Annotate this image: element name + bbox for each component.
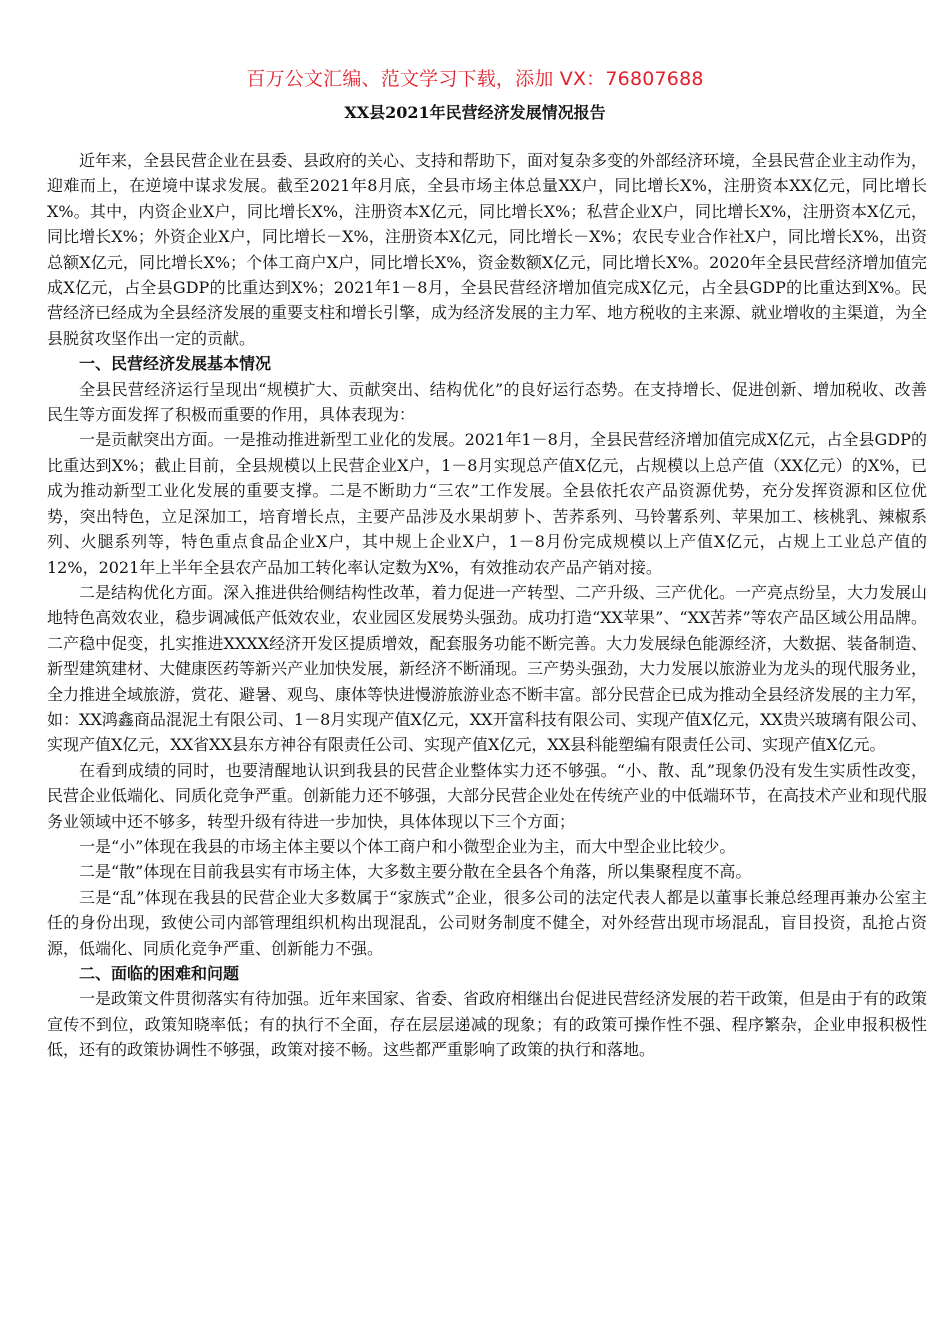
section-1-paragraph-4: 在看到成绩的同时，也要清醒地认识到我县的民营企业整体实力还不够强。“小、散、乱”… <box>47 758 927 834</box>
document-title: XX县2021年民营经济发展情况报告 <box>0 101 950 125</box>
section-heading-1: 一、民营经济发展基本情况 <box>47 351 927 376</box>
section-1-paragraph-5: 一是“小”体现在我县的市场主体主要以个体工商户和小微型企业为主，而大中型企业比较… <box>47 834 927 859</box>
section-1-paragraph-3: 二是结构优化方面。深入推进供给侧结构性改革，着力促进一产转型、二产升级、三产优化… <box>47 580 927 758</box>
promo-banner: 百万公文汇编、范文学习下载，添加 VX：76807688 <box>0 66 950 92</box>
intro-paragraph: 近年来，全县民营企业在县委、县政府的关心、支持和帮助下，面对复杂多变的外部经济环… <box>47 148 927 351</box>
document-body: 近年来，全县民营企业在县委、县政府的关心、支持和帮助下，面对复杂多变的外部经济环… <box>47 148 927 1063</box>
section-1-paragraph-6: 二是“散”体现在目前我县实有市场主体，大多数主要分散在全县各个角落，所以集聚程度… <box>47 859 927 884</box>
section-1-paragraph-7: 三是“乱”体现在我县的民营企业大多数属于“家族式”企业，很多公司的法定代表人都是… <box>47 885 927 961</box>
section-2-paragraph-1: 一是政策文件贯彻落实有待加强。近年来国家、省委、省政府相继出台促进民营经济发展的… <box>47 986 927 1062</box>
section-1-paragraph-1: 全县民营经济运行呈现出“规模扩大、贡献突出、结构优化”的良好运行态势。在支持增长… <box>47 377 927 428</box>
document-page: 百万公文汇编、范文学习下载，添加 VX：76807688 XX县2021年民营经… <box>0 0 950 1344</box>
section-heading-2: 二、面临的困难和问题 <box>47 961 927 986</box>
section-1-paragraph-2: 一是贡献突出方面。一是推动推进新型工业化的发展。2021年1－8月，全县民营经济… <box>47 427 927 579</box>
